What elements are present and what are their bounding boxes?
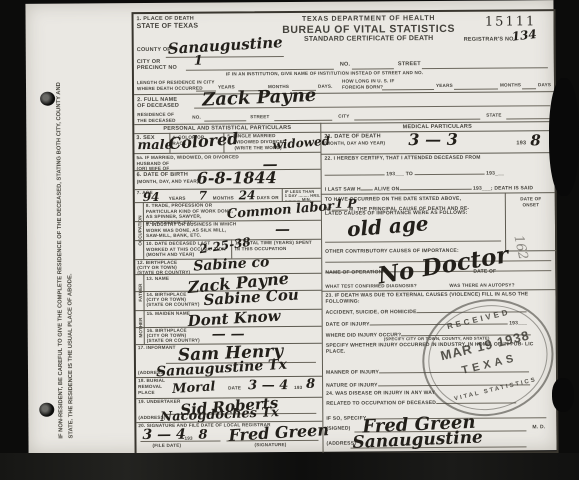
f22-label: 22. I HEREBY CERTIFY, THAT I ATTENDED DE… — [325, 155, 481, 162]
certificate-form: 1. PLACE OF DEATH STATE OF TEXAS TEXAS D… — [131, 9, 558, 456]
age-months-label: MONTHS — [213, 195, 234, 201]
no-label: NO. — [340, 62, 350, 69]
registrar-no-value: 134 — [511, 27, 537, 44]
film-bottom-band — [0, 453, 579, 480]
residence-street-label: STREET — [250, 114, 269, 120]
precinct-value: 1 — [194, 54, 203, 69]
industry-value: — — [275, 220, 290, 238]
file-year-value: 8 — [198, 428, 207, 443]
f13-label: 13. NAME — [146, 276, 169, 282]
burial-date-value: 3 — 4 — [248, 378, 288, 393]
dob-sublabel: (MONTH, DAY, AND YEAR) — [137, 179, 199, 185]
death-hour-value: 1 P — [335, 197, 357, 211]
burial-year-value: 8 — [306, 377, 315, 392]
us-years-label: YEARS — [436, 83, 453, 89]
county-label: COUNTY OF — [137, 47, 171, 54]
microfilm-frame: IF NON-RESIDENT, BE CAREFUL TO GIVE THE … — [0, 0, 579, 480]
physician-address-value: Sanaugustine — [352, 427, 483, 452]
age-years-label: YEARS — [169, 196, 186, 202]
city-precinct-label-2: PRECINCT NO — [137, 65, 177, 72]
file-date-value: 3 — 4 — [142, 427, 185, 443]
film-blob-right — [552, 378, 574, 412]
fullname-label-2: OF DECEASED — [137, 103, 179, 110]
f14-statecountry: (STATE OR COUNTRY) — [147, 302, 200, 308]
burial-193: 193 — [294, 385, 302, 391]
dob-value: 6-8-1844 — [197, 168, 277, 188]
burial-date-label: DATE — [228, 385, 241, 391]
industry-label: 9. INDUSTRY OR BUSINESS IN WHICH WORK WA… — [146, 221, 238, 239]
foreign-born-label-2: FOREIGN BORN? — [342, 84, 383, 90]
f17-label: 17. INFORMANT — [138, 345, 176, 351]
punch-hole-bottom — [39, 403, 54, 417]
serial-number: 15111 — [472, 14, 550, 30]
medical-column: 21. DATE OF DEATH (MONTH, DAY AND YEAR) … — [320, 121, 556, 453]
operation-label: NAME OF OPERATION — [325, 269, 382, 276]
md-label: M. D. — [532, 424, 545, 430]
cause-of-death-value: old age — [346, 211, 429, 241]
onset-label-2: ONSET — [506, 202, 556, 208]
f21-sublabel: (MONTH, DAY AND YEAR) — [324, 140, 385, 146]
residence-city-label: CITY — [338, 114, 349, 120]
f15-label: 15. MAIDEN NAME — [147, 311, 191, 317]
us-days-label: DAYS — [538, 82, 551, 88]
signed-label: (SIGNED) — [326, 426, 350, 432]
punch-hole-top — [40, 92, 55, 106]
residence-length-label-2: WHERE DEATH OCCURRED — [137, 86, 203, 92]
film-blob-top-right — [549, 78, 579, 196]
street-label: STREET — [398, 61, 421, 68]
state-of-texas: STATE OF TEXAS — [137, 23, 199, 32]
autopsy-label: WAS THERE AN AUTOPSY? — [449, 282, 514, 288]
f19-label: 19. UNDERTAKER — [138, 399, 180, 405]
margin-note: IF NON-RESIDENT, BE CAREFUL TO GIVE THE … — [56, 18, 83, 438]
f22-line2: 193___ TO 193___ — [325, 168, 505, 179]
f5a-label: 5a. IF MARRIED, WIDOWED, OR DIVORCED — [136, 154, 238, 160]
age-years-value: 94 — [143, 190, 160, 204]
registrar-no-label: REGISTRAR'S NO. — [464, 36, 516, 43]
dod-year-value: 8 — [530, 131, 541, 149]
institution-note: IF IN AN INSTITUTION, GIVE NAME OF INSTI… — [226, 70, 423, 77]
date-of-death-value: 3 — 3 — [408, 130, 458, 149]
certificate-paper: IF NON-RESIDENT, BE CAREFUL TO GIVE THE … — [25, 0, 556, 454]
mother-birthplace-value: — — — [212, 326, 245, 342]
margin-note-line2: STATE. THE RESIDENCE IS THE USUAL PLACE … — [66, 19, 75, 439]
f24-label-1: 24. WAS DISEASE OR INJURY IN ANY WAY — [326, 390, 435, 397]
county-value: Sanaugustine — [167, 33, 283, 58]
us-months-label: MONTHS — [500, 82, 521, 88]
age-months-value: 7 — [199, 189, 207, 203]
last-saw-line: I LAST SAW H ALIVE ON 193___; DEATH IS S… — [325, 182, 534, 193]
residence-state-label: STATE — [486, 113, 501, 119]
age-daysor-label: DAYS OR — [257, 195, 279, 201]
margin-note-line1: IF NON-RESIDENT, BE CAREFUL TO GIVE THE … — [56, 19, 65, 439]
f18-label-2: REMOVAL — [138, 384, 162, 390]
file-date-caption: (FILE DATE) — [153, 443, 182, 449]
f18-label-3: PLACE — [138, 390, 155, 396]
to-label: TO — [406, 171, 413, 177]
burial-place-value: Moral — [172, 379, 216, 397]
cert-title: STANDARD CERTIFICATE OF DEATH — [274, 35, 464, 45]
dod-193: 193 — [516, 140, 526, 147]
residence-no-label: NO. — [192, 115, 201, 121]
age-days-value: 24 — [239, 188, 256, 202]
res-days-label: DAYS. — [318, 84, 333, 90]
